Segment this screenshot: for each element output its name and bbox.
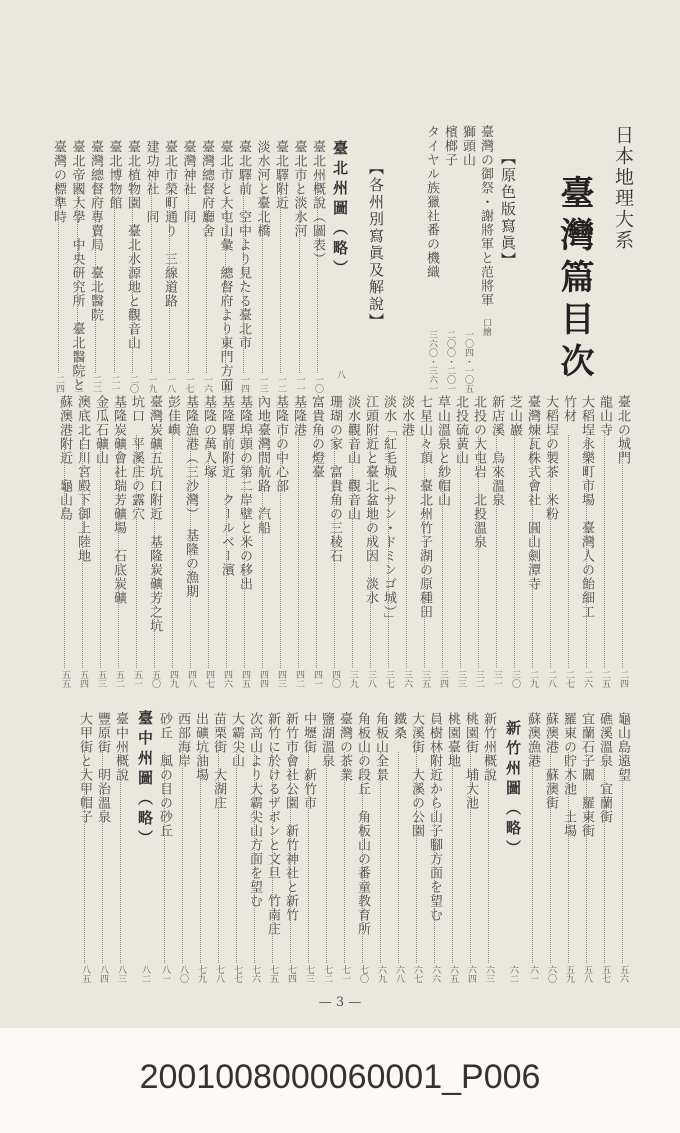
toc-page-number: 五五 — [59, 670, 72, 688]
toc-page-number: 七四 — [285, 965, 298, 983]
toc-page-number: 四六 — [221, 670, 234, 688]
dot-leader — [218, 752, 219, 963]
toc-page-number: 三六 — [401, 670, 414, 688]
dot-leader — [164, 752, 165, 963]
toc-entry[interactable]: 竹材 — [561, 395, 576, 423]
toc-page-number: 二三 — [72, 375, 85, 393]
dot-leader — [154, 435, 155, 668]
toc-page-number: 八五 — [79, 965, 92, 983]
toc-page-number: 六六 — [429, 965, 442, 983]
toc-entry[interactable]: 基隆港 — [291, 395, 306, 437]
dot-leader — [550, 752, 551, 963]
toc-page-number: 五〇 — [149, 670, 162, 688]
dot-leader — [514, 435, 515, 668]
toc-page-number: 七〇 — [357, 965, 370, 983]
dot-leader — [188, 180, 189, 373]
section-heading[interactable]: 臺北州圖（略） — [330, 140, 351, 280]
dot-leader — [132, 180, 133, 373]
dot-leader — [262, 180, 263, 373]
dot-leader — [298, 435, 299, 668]
toc-page-number: 八 — [334, 370, 347, 379]
toc-page-number: 八〇 — [177, 965, 190, 983]
dot-leader — [568, 752, 569, 963]
dot-leader — [118, 435, 119, 668]
dot-leader — [272, 752, 273, 963]
dot-leader — [317, 180, 318, 373]
toc-page-number: 七五 — [267, 965, 280, 983]
toc-page-number: 二六 — [581, 670, 594, 688]
toc-page-number: 八二 — [139, 965, 152, 983]
toc-page-number: 七七 — [231, 965, 244, 983]
toc-page-number: 六一 — [527, 965, 540, 983]
toc-page-number: 二四 — [617, 670, 630, 688]
dot-leader — [102, 752, 103, 963]
photos-section-header: 【各州別寫眞及解說】 — [366, 160, 387, 330]
toc-page-number: 八三 — [115, 965, 128, 983]
page-title: 臺灣篇目次 — [550, 175, 599, 385]
dot-leader — [95, 180, 96, 373]
toc-page-number: 三一 — [491, 670, 504, 688]
dot-leader — [120, 752, 121, 963]
toc-page-number: 五一 — [131, 670, 144, 688]
dot-leader — [182, 752, 183, 963]
toc-page-number: 七三 — [303, 965, 316, 983]
toc-page-number: 三〇 — [509, 670, 522, 688]
dot-leader — [136, 435, 137, 668]
dot-leader — [334, 435, 335, 668]
dot-leader — [586, 435, 587, 668]
dot-leader — [236, 752, 237, 963]
toc-page-number: 口繪 — [480, 318, 493, 336]
dot-leader — [208, 435, 209, 668]
dot-leader — [254, 752, 255, 963]
dot-leader — [380, 752, 381, 963]
toc-entry[interactable]: 臺灣の御祭・謝將軍と范將軍 — [478, 125, 493, 307]
toc-entry[interactable]: 彭佳嶼 — [165, 395, 180, 437]
toc-entry[interactable]: 獅頭山 — [460, 125, 475, 167]
dot-leader — [308, 752, 309, 963]
toc-page-number: 三八 — [365, 670, 378, 688]
toc-page-number: 四九 — [167, 670, 180, 688]
dot-leader — [100, 435, 101, 668]
dot-leader — [442, 435, 443, 668]
dot-leader — [488, 752, 489, 963]
dot-leader — [604, 752, 605, 963]
toc-page-number: 三二 — [473, 670, 486, 688]
toc-page-number: 二二 — [90, 375, 103, 393]
dot-leader — [280, 180, 281, 373]
dot-leader — [151, 180, 152, 373]
dot-leader — [568, 435, 569, 668]
toc-page-number: 三三 — [455, 670, 468, 688]
toc-page-number: 二九 — [527, 670, 540, 688]
toc-page-number: 四三 — [275, 670, 288, 688]
dot-leader — [406, 435, 407, 668]
toc-page-number: 七九 — [195, 965, 208, 983]
toc-page-number: 四一 — [311, 670, 324, 688]
dot-leader — [416, 752, 417, 963]
toc-page-number: 一〇四・一〇五 — [462, 330, 475, 393]
toc-page-number: 一二 — [275, 375, 288, 393]
dot-leader — [58, 180, 59, 373]
dot-leader — [326, 752, 327, 963]
toc-page-number: 四八 — [185, 670, 198, 688]
dot-leader — [225, 180, 226, 373]
dot-leader — [200, 752, 201, 963]
toc-page-number: 六八 — [393, 965, 406, 983]
toc-page-number: 三五 — [419, 670, 432, 688]
toc-page-number: 五二 — [113, 670, 126, 688]
dot-leader — [460, 435, 461, 668]
toc-page-number: 四七 — [203, 670, 216, 688]
toc-page-number: 七六 — [249, 965, 262, 983]
dot-leader — [550, 435, 551, 668]
dot-leader — [470, 752, 471, 963]
dot-leader — [280, 435, 281, 668]
dot-leader — [388, 435, 389, 668]
dot-leader — [622, 435, 623, 668]
toc-page-number: 六三 — [483, 965, 496, 983]
toc-page-number: 七二 — [321, 965, 334, 983]
section-heading[interactable]: 新竹州圖（略） — [503, 720, 524, 860]
toc-page-number: 七八 — [213, 965, 226, 983]
dot-leader — [244, 435, 245, 668]
toc-page-number: 二四 — [53, 375, 66, 393]
toc-page-number: 八一 — [159, 965, 172, 983]
dot-leader — [206, 180, 207, 373]
dot-leader — [169, 180, 170, 373]
toc-page-number: 八四 — [97, 965, 110, 983]
dot-leader — [352, 435, 353, 668]
toc-page-number: 二一 — [109, 375, 122, 393]
toc-entry[interactable]: タイヤル族獵社番の機織 — [424, 125, 439, 279]
toc-page-number: 二五 — [599, 670, 612, 688]
dot-leader — [434, 752, 435, 963]
series-title: 日本地理大系 — [610, 125, 637, 251]
dot-leader — [586, 752, 587, 963]
dot-leader — [262, 435, 263, 668]
toc-page-number: 四四 — [257, 670, 270, 688]
section-heading[interactable]: 臺中州圖（略） — [135, 710, 156, 850]
dot-leader — [362, 752, 363, 963]
document-page: 日本地理大系 臺灣篇目次 【原色版寫眞】 臺灣の御祭・謝將軍と范將軍 口繪 獅頭… — [0, 0, 680, 1028]
dot-leader — [64, 435, 65, 668]
dot-leader — [77, 180, 78, 373]
toc-page-number: 六五 — [447, 965, 460, 983]
toc-page-number: 六九 — [375, 965, 388, 983]
page-number: — 3 — — [0, 995, 680, 1010]
toc-page-number: 三六〇・三六一 — [426, 330, 439, 393]
toc-entry[interactable]: 龍山寺 — [597, 395, 612, 437]
toc-page-number: 一三 — [257, 375, 270, 393]
toc-page-number: 二八 — [545, 670, 558, 688]
toc-page-number: 五六 — [617, 965, 630, 983]
dot-leader — [290, 752, 291, 963]
toc-page-number: 六〇 — [545, 965, 558, 983]
dot-leader — [398, 752, 399, 963]
toc-page-number: 三七 — [383, 670, 396, 688]
toc-page-number: 一一 — [294, 375, 307, 393]
toc-page-number: 一七 — [183, 375, 196, 393]
toc-page-number: 七一 — [339, 965, 352, 983]
dot-leader — [114, 180, 115, 373]
toc-entry[interactable]: 鐵桑 — [391, 712, 406, 740]
toc-page-number: 五七 — [599, 965, 612, 983]
toc-page-number: 一六 — [201, 375, 214, 393]
toc-page-number: 六七 — [411, 965, 424, 983]
dot-leader — [622, 752, 623, 963]
toc-entry[interactable]: 檳榔子 — [442, 125, 457, 167]
dot-leader — [452, 752, 453, 963]
toc-page-number: 一八 — [164, 375, 177, 393]
dot-leader — [316, 435, 317, 668]
dot-leader — [344, 752, 345, 963]
dot-leader — [84, 752, 85, 963]
toc-page-number: 一五 — [220, 375, 233, 393]
archive-id: 2001008000060001_P006 — [0, 1058, 680, 1097]
dot-leader — [226, 435, 227, 668]
color-plates-header: 【原色版寫眞】 — [498, 150, 519, 269]
toc-page-number: 四二 — [293, 670, 306, 688]
dot-leader — [190, 435, 191, 668]
dot-leader — [82, 435, 83, 668]
toc-entry[interactable]: 淡水港 — [399, 395, 414, 437]
toc-page-number: 一〇 — [312, 375, 325, 393]
dot-leader — [299, 180, 300, 373]
toc-page-number: 二七 — [563, 670, 576, 688]
dot-leader — [370, 435, 371, 668]
dot-leader — [604, 435, 605, 668]
toc-page-number: 一四 — [238, 375, 251, 393]
dot-leader — [532, 435, 533, 668]
toc-page-number: 五四 — [77, 670, 90, 688]
dot-leader — [496, 435, 497, 668]
toc-page-number: 一九 — [146, 375, 159, 393]
toc-entry[interactable]: 芝山巖 — [507, 395, 522, 437]
dot-leader — [532, 752, 533, 963]
toc-page-number: 五八 — [581, 965, 594, 983]
toc-page-number: 三九 — [347, 670, 360, 688]
dot-leader — [243, 180, 244, 373]
toc-page-number: 五三 — [95, 670, 108, 688]
toc-page-number: 四〇 — [329, 670, 342, 688]
toc-page-number: 三四 — [437, 670, 450, 688]
toc-page-number: 四五 — [239, 670, 252, 688]
dot-leader — [424, 435, 425, 668]
toc-page-number: 五九 — [563, 965, 576, 983]
toc-page-number: 六四 — [465, 965, 478, 983]
toc-page-number: 六二 — [507, 965, 520, 983]
dot-leader — [478, 435, 479, 668]
dot-leader — [172, 435, 173, 668]
toc-page-number: 二〇〇・二〇一 — [444, 330, 457, 393]
toc-page-number: 二〇 — [127, 375, 140, 393]
